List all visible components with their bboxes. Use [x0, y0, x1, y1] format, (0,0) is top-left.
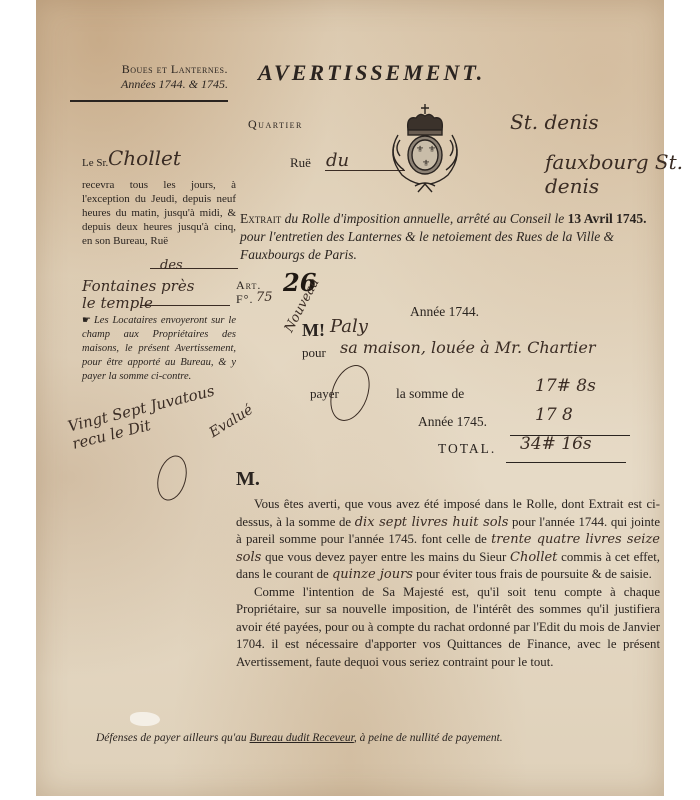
extrait-text1: du Rolle d'imposition annuelle, arrêté a… [281, 211, 567, 226]
notice-salutation: M. [236, 468, 260, 491]
header-left-line1: Boues et Lanternes. [60, 62, 228, 77]
document-title: AVERTISSEMENT. [258, 60, 485, 86]
fo-value: 75 [256, 290, 273, 305]
annee-1745-label: Année 1745. [418, 414, 487, 430]
rue-label: Ruë [290, 155, 311, 171]
bureau-rue-underline [150, 268, 238, 269]
svg-text:⚜: ⚜ [422, 158, 430, 168]
footer-text-b: Bureau dudit Receveur [250, 732, 354, 744]
paper-tear [130, 712, 160, 726]
amount-1744-words: dix sept livres huit sols [355, 515, 509, 530]
header-divider [70, 100, 228, 102]
somme-1745-value: 17 8 [535, 405, 573, 425]
svg-text:⚜: ⚜ [416, 144, 424, 154]
header-left-block: Boues et Lanternes. Années 1744. & 1745. [60, 62, 228, 102]
bureau-address-underline [140, 305, 230, 306]
extrait-lead: Extrait [240, 211, 281, 226]
collector-name: Chollet [510, 550, 557, 565]
p1-text-e: pour éviter tous frais de poursuite & de… [413, 567, 652, 581]
bureau-address-line1: Fontaines près [82, 278, 194, 295]
header-left-line2: Années 1744. & 1745. [60, 77, 228, 92]
total-value: 34# 16s [520, 434, 592, 454]
notice-body: Vous êtes averti, que vous avez été impo… [236, 496, 660, 671]
bureau-rue-value: des [160, 258, 183, 273]
le-sr-label: Le Sr. [82, 157, 108, 169]
property-description: sa maison, louée à Mr. Chartier [340, 338, 596, 357]
footer-warning: Défenses de payer ailleurs qu'au Bureau … [96, 732, 656, 744]
bureau-address: Fontaines près le temple [82, 278, 194, 312]
bureau-address-line2: le temple [82, 295, 194, 312]
extrait-date: 13 Avril 1745. [568, 211, 647, 226]
extrait-paragraph: Extrait du Rolle d'imposition annuelle, … [240, 210, 664, 264]
notice-paragraph-2: Comme l'intention de Sa Majesté est, qu'… [236, 584, 660, 672]
annee-1744-label: Année 1744. [410, 304, 479, 320]
locataires-notice: ☛Les Locataires envoyeront sur le champ … [82, 314, 236, 384]
locataires-text: Les Locataires envoyeront sur le champ a… [82, 315, 236, 382]
total-bottom-rule [506, 462, 626, 463]
quartier-value: St. denis [510, 110, 599, 134]
payment-deadline: quinze jours [332, 567, 413, 582]
quartier-label: Quartier [248, 117, 303, 132]
footer-text-c: , à peine de nullité de payement. [354, 732, 503, 744]
royal-crest-icon: ⚜ ⚜ ⚜ [380, 100, 470, 200]
owner-name: Paly [330, 316, 368, 337]
le-sr-value: Chollet [108, 146, 181, 170]
somme-label: la somme de [396, 386, 464, 402]
extrait-text2: pour l'entretien des Lanternes & le neto… [240, 229, 614, 262]
office-hours-text: recevra tous les jours, à l'exception du… [82, 178, 236, 248]
pointing-hand-icon: ☛ [82, 314, 91, 328]
footer-text-a: Défenses de payer ailleurs qu'au [96, 732, 250, 744]
somme-1744-value: 17# 8s [535, 376, 596, 396]
m-label: M! [302, 320, 325, 341]
svg-text:⚜: ⚜ [428, 144, 436, 154]
notice-paragraph-1: Vous êtes averti, que vous avez été impo… [236, 496, 660, 584]
pour-label: pour [302, 345, 326, 361]
p1-text-c: que vous devez payer entre les mains du … [261, 550, 510, 564]
rue-value: fauxbourg St. denis [545, 150, 700, 198]
total-label: TOTAL. [438, 441, 496, 457]
rue-value-prefix: du [326, 150, 349, 171]
